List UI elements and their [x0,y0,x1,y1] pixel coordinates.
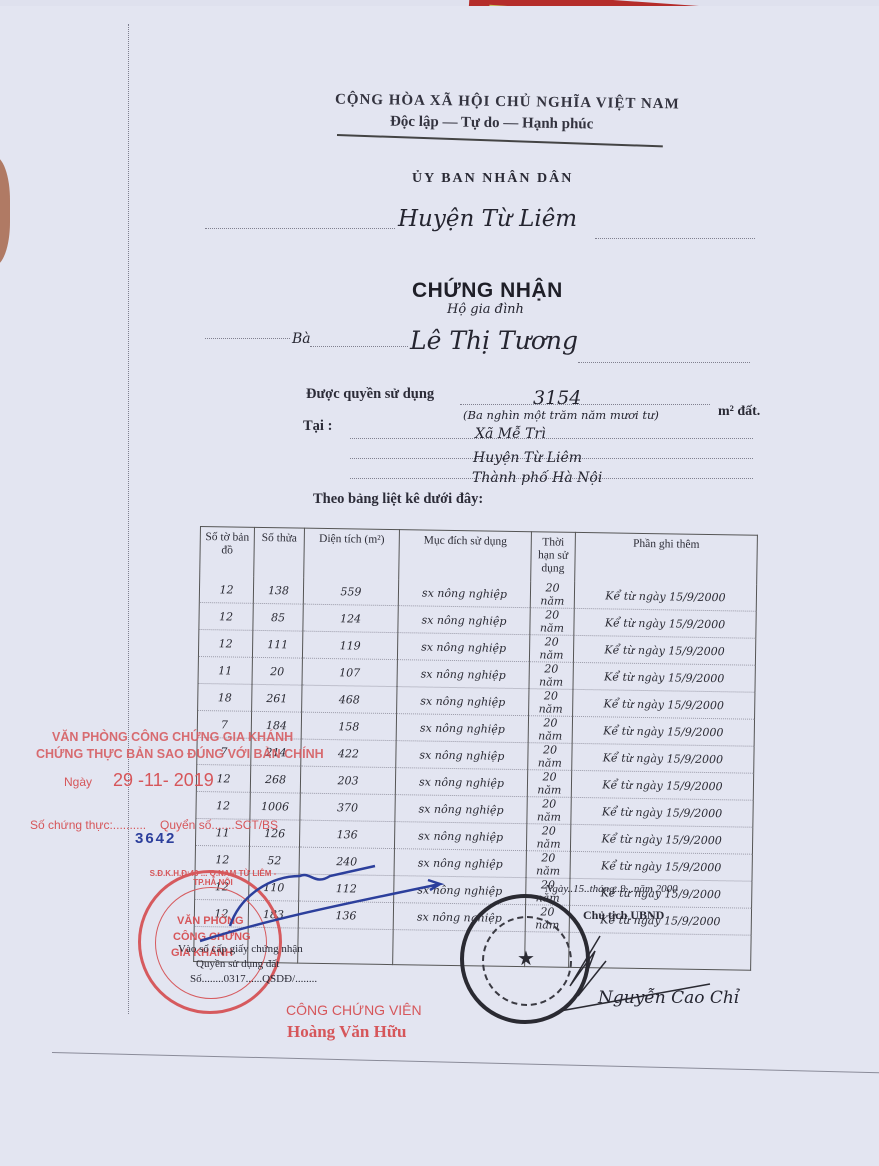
notary-date-label: Ngày [64,775,92,789]
signer-name: Nguyễn Cao Chỉ [598,988,739,1008]
cell-parcel-no: 261 [252,684,302,712]
cell-term: 20 năm [529,635,573,663]
cell-purpose: sx nông nghiệp [397,687,529,716]
dotted-line [460,404,710,405]
cell-notes: Kể từ ngày 15/9/2000 [571,770,753,800]
cell-purpose: sx nông nghiệp [396,714,528,743]
cell-purpose: sx nông nghiệp [398,606,530,635]
cell-area: 124 [303,604,398,632]
cell-notes: Kể từ ngày 15/9/2000 [570,824,752,854]
cell-parcel-no: 111 [252,630,302,658]
dotted-line [205,338,290,339]
cell-area: 119 [302,631,397,659]
header-purpose: Mục đích sử dụng [399,530,532,582]
header-parcel-no: Số thửa [254,527,305,577]
cell-purpose: sx nông nghiệp [396,741,528,770]
cell-term: 20 năm [530,581,574,608]
cell-map-sheet: 11 [198,656,252,684]
location-commune: Xã Mễ Trì [475,426,546,442]
owner-name: Lê Thị Tương [410,326,578,355]
cell-notes: Kể từ ngày 15/9/2000 [572,743,754,773]
cell-parcel-no: 268 [250,765,300,793]
issue-date: Ngày..15..tháng..9...năm 2000 [545,883,678,895]
cell-map-sheet: 12 [198,629,252,657]
parcel-table-header: Số tờ bản đồ Số thửa Diện tích (m²) Mục … [200,527,758,585]
cell-notes: Kể từ ngày 15/9/2000 [573,689,755,719]
cell-map-sheet: 12 [199,576,253,603]
cell-area: 468 [302,685,397,713]
cell-term: 20 năm [530,608,574,636]
cell-term: 20 năm [529,689,573,717]
dotted-line [595,238,755,239]
area-unit: m² đất. [718,404,760,420]
notary-date-value: 29 -11- 2019 [113,770,214,791]
area-value: 3154 [533,387,581,409]
frame-border-bottom [52,1052,879,1073]
header-map-sheet: Số tờ bản đồ [200,527,255,577]
notary-name: Hoàng Văn Hữu [287,1022,406,1042]
header-notes: Phần ghi thêm [575,532,758,584]
cell-parcel-no: 138 [253,577,303,604]
cell-map-sheet: 12 [199,602,253,630]
cell-term: 20 năm [527,770,571,798]
issuing-district: Huyện Từ Liêm [398,206,577,232]
motto-underline [337,134,663,147]
cell-term: 20 năm [526,824,570,852]
dotted-line [578,362,750,363]
dotted-line [350,438,753,439]
cell-area: 370 [300,793,395,821]
notary-cert-number-value: 3642 [135,830,176,847]
cell-notes: Kể từ ngày 15/9/2000 [571,797,753,827]
cell-notes: Kể từ ngày 15/9/2000 [570,851,752,881]
certificate-paper: CỘNG HÒA XÃ HỘI CHỦ NGHĨA VIỆT NAM Độc l… [0,6,879,1166]
cell-purpose: sx nông nghiệp [397,660,529,689]
registry-line3: Số........0317......QSDĐ/........ [190,973,317,985]
cell-term: 20 năm [528,743,572,771]
cell-map-sheet: 12 [196,791,250,819]
cell-notes: Kể từ ngày 15/9/2000 [573,662,755,692]
owner-honorific: Bà [292,331,311,347]
cell-map-sheet: 18 [198,683,252,711]
usage-right-label: Được quyền sử dụng [306,386,434,403]
cell-notes: Kể từ ngày 15/9/2000 [574,582,756,611]
location-district: Huyện Từ Liêm [473,450,582,466]
header-area: Diện tích (m²) [304,528,400,579]
notary-office-line: VĂN PHÒNG CÔNG CHỨNG GIA KHÁNH [52,730,293,744]
cell-term: 20 năm [528,716,572,744]
cell-purpose: sx nông nghiệp [397,633,529,662]
notary-statement-line: CHỨNG THỰC BẢN SAO ĐÚNG VỚI BẢN CHÍNH [36,747,324,761]
cell-parcel-no: 1006 [250,792,300,820]
header-term: Thời hạn sử dụng [531,532,576,582]
cell-purpose: sx nông nghiệp [394,822,526,851]
cell-notes: Kể từ ngày 15/9/2000 [574,608,756,638]
cell-purpose: sx nông nghiệp [395,768,527,797]
area-in-words: (Ba nghìn một trăm năm mươi tư) [463,408,659,422]
cell-term: 20 năm [529,662,573,690]
certificate-subtitle: Hộ gia đình [447,302,524,317]
notary-book-label: Quyển số.......SCT/BS [160,818,278,832]
notary-signature [160,856,450,956]
table-intro: Theo bảng liệt kê dưới đây: [313,491,483,508]
cell-term: 20 năm [527,797,571,825]
cell-notes: Kể từ ngày 15/9/2000 [572,716,754,746]
dotted-line [205,228,395,229]
cell-purpose: sx nông nghiệp [395,795,527,824]
cell-area: 136 [299,820,394,848]
motto: Độc lập — Tự do — Hạnh phúc [390,114,594,134]
dotted-line [310,346,408,347]
cell-parcel-no: 20 [252,657,302,685]
cell-area: 559 [303,578,398,606]
cell-area: 203 [300,766,395,794]
frame-border-left [128,24,129,1014]
issuer-heading: ỦY BAN NHÂN DÂN [412,171,573,187]
cell-purpose: sx nông nghiệp [398,579,530,608]
location-label: Tại : [303,418,332,435]
signer-title: Chủ tịch UBND [583,908,664,923]
cell-area: 107 [302,658,397,686]
registry-line2: Quyền sử dụng đất [196,958,279,970]
cell-parcel-no: 85 [253,603,303,631]
notary-title: CÔNG CHỨNG VIÊN [286,1002,422,1018]
notary-cert-number-label: Số chứng thực:.......... [30,818,146,832]
certificate-title: CHỨNG NHẬN [412,279,563,303]
cell-notes: Kể từ ngày 15/9/2000 [573,635,755,665]
location-city: Thành phố Hà Nội [472,470,602,486]
cell-term: 20 năm [526,851,570,879]
cell-area: 158 [301,712,396,740]
holder-thumb [0,156,10,266]
nation-heading: CỘNG HÒA XÃ HỘI CHỦ NGHĨA VIỆT NAM [335,92,680,114]
